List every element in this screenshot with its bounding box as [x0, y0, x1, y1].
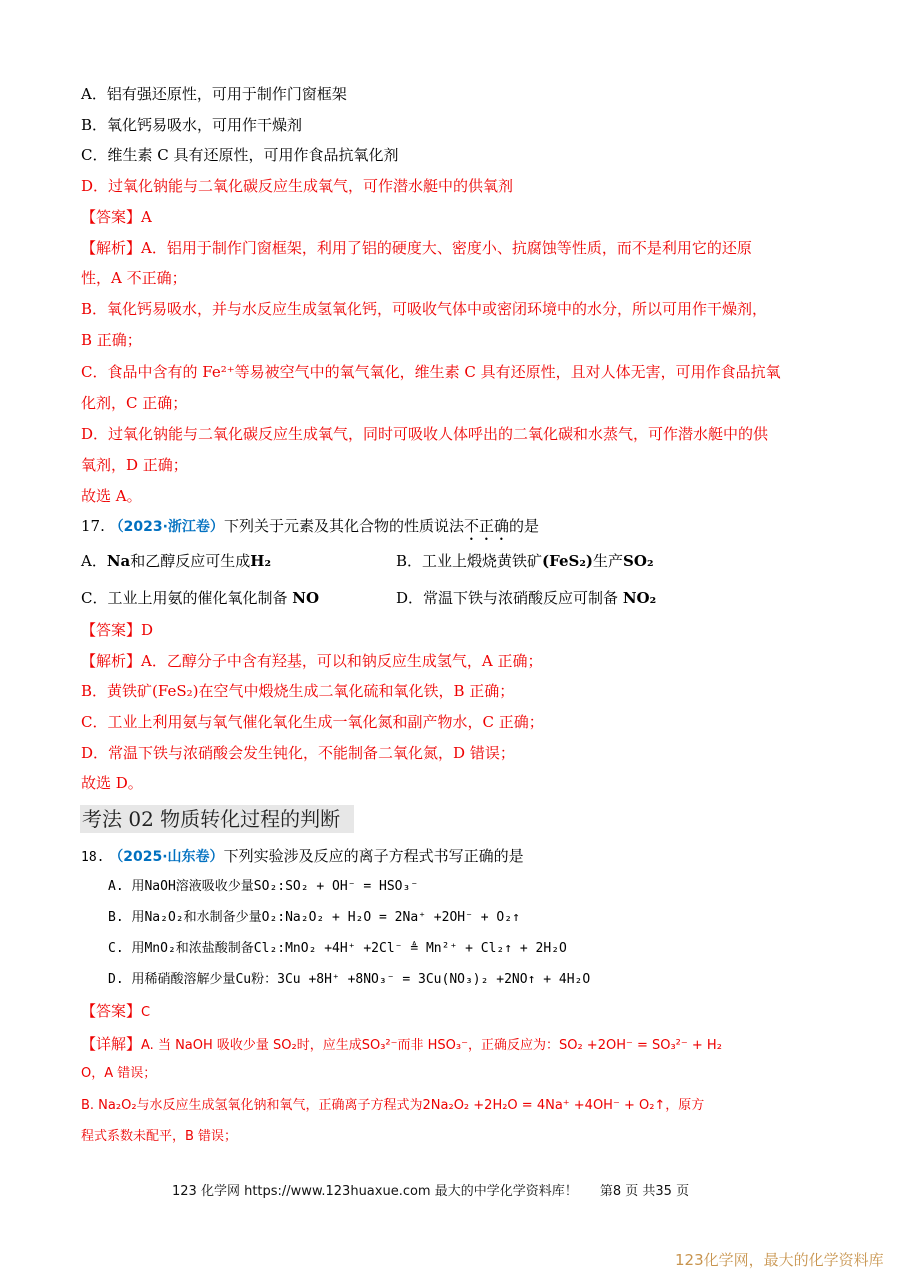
- q16-analysis-line-6: 化剂，C 正确；: [81, 393, 187, 413]
- q18-option-d: D. 用稀硝酸溶解少量Cu粉：3Cu +8H⁺ +8NO₃⁻ = 3Cu(NO₃…: [108, 970, 590, 990]
- q16-analysis-line-3: B．氧化钙易吸水，并与水反应生成氢氧化钙，可吸收气体中或密闭环境中的水分，所以可…: [81, 299, 767, 319]
- q16-analysis-line-4: B 正确；: [81, 330, 142, 350]
- q17-answer: 【答案】D: [81, 620, 153, 640]
- analysis-label: 【解析】: [81, 239, 141, 257]
- analysis-text: A．乙醇分子中含有羟基，可以和钠反应生成氢气，A 正确；: [141, 652, 542, 670]
- q16-option-a: A．铝有强还原性，可用于制作门窗框架: [81, 84, 347, 104]
- q16-analysis-line-9: 故选 A。: [81, 486, 142, 506]
- q17-analysis-line-2: B．黄铁矿(FeS₂)在空气中煅烧生成二氧化硫和氧化铁，B 正确；: [81, 681, 514, 701]
- q16-analysis-line-1: 【解析】A．铝用于制作门窗框架，利用了铝的硬度大、密度小、抗腐蚀等性质，而不是利…: [81, 238, 752, 258]
- option-prefix: A．: [81, 552, 107, 570]
- answer-value: C: [141, 1005, 150, 1020]
- q18-detail-line-2: O，A 错误；: [81, 1064, 156, 1084]
- q16-analysis-line-7: D．过氧化钠能与二氧化碳反应生成氧气，同时可吸收人体呼出的二氧化碳和水蒸气，可作…: [81, 424, 768, 444]
- detail-label: 【详解】: [81, 1035, 141, 1053]
- page-footer: 123 化学网 https://www.123huaxue.com 最大的中学化…: [172, 1180, 689, 1199]
- q17-analysis-line-3: C．工业上利用氨与氧气催化氧化生成一氧化氮和副产物水，C 正确；: [81, 712, 544, 732]
- answer-value: A: [141, 208, 152, 226]
- footer-site-text: 123 化学网 https://www.123huaxue.com 最大的中学化…: [172, 1184, 578, 1199]
- stem-text: 下列实验涉及反应的离子方程式书写正确的是: [224, 847, 524, 865]
- analysis-text: A．铝用于制作门窗框架，利用了铝的硬度大、密度小、抗腐蚀等性质，而不是利用它的还…: [141, 239, 752, 257]
- question-source: （2023·浙江卷）: [110, 519, 224, 535]
- q18-detail-line-4: 程式系数未配平，B 错误；: [81, 1127, 237, 1147]
- option-text: 工业上煅烧黄铁矿: [422, 552, 542, 570]
- formula-no2: NO₂: [623, 589, 656, 607]
- detail-text: A. 当 NaOH 吸收少量 SO₂时，应生成SO₃²⁻而非 HSO₃⁻，正确反…: [141, 1038, 722, 1053]
- q17-option-a: A．Na和乙醇反应可生成H₂: [81, 551, 271, 571]
- q16-analysis-line-5: C．食品中含有的 Fe²⁺等易被空气中的氧气氧化，维生素 C 具有还原性，且对人…: [81, 362, 781, 382]
- stem-text-end: 的是: [509, 517, 539, 535]
- q18-stem: 18. （2025·山东卷）下列实验涉及反应的离子方程式书写正确的是: [81, 846, 524, 868]
- q17-option-b: B．工业上煅烧黄铁矿(FeS₂)生产SO₂: [396, 551, 654, 571]
- q17-option-c: C．工业上用氨的催化氧化制备 NO: [81, 588, 319, 608]
- page-number: 第8 页 共35 页: [600, 1184, 689, 1199]
- q18-option-a: A. 用NaOH溶液吸收少量SO₂:SO₂ + OH⁻ = HSO₃⁻: [108, 877, 418, 897]
- q18-detail-line-3: B. Na₂O₂与水反应生成氢氧化钠和氧气，正确离子方程式为2Na₂O₂ +2H…: [81, 1096, 704, 1116]
- option-text: 和乙醇反应可生成: [130, 552, 250, 570]
- q17-option-d: D．常温下铁与浓硝酸反应可制备 NO₂: [396, 588, 656, 608]
- q18-option-c: C. 用MnO₂和浓盐酸制备Cl₂:MnO₂ +4H⁺ +2Cl⁻ ≜ Mn²⁺…: [108, 939, 567, 959]
- formula-h2: H₂: [250, 552, 271, 570]
- q17-analysis-line-1: 【解析】A．乙醇分子中含有羟基，可以和钠反应生成氢气，A 正确；: [81, 651, 542, 671]
- option-prefix: D．: [396, 589, 423, 607]
- formula-na: Na: [107, 552, 130, 570]
- option-prefix: C．: [81, 589, 107, 607]
- question-number: 18.: [81, 850, 104, 865]
- q17-analysis-line-4: D．常温下铁与浓硝酸会发生钝化，不能制备二氧化氮，D 错误；: [81, 743, 515, 763]
- q17-stem: 17. （2023·浙江卷）下列关于元素及其化合物的性质说法不正确的是: [81, 516, 539, 544]
- q16-option-b: B．氧化钙易吸水，可用作干燥剂: [81, 115, 302, 135]
- answer-label: 【答案】: [81, 621, 141, 639]
- answer-label: 【答案】: [81, 1002, 141, 1020]
- stem-emphasis: 不正确: [464, 517, 509, 535]
- q17-analysis-line-5: 故选 D。: [81, 773, 143, 793]
- stem-text: 下列关于元素及其化合物的性质说法: [224, 517, 464, 535]
- option-text: 工业上用氨的催化氧化制备: [107, 589, 292, 607]
- q16-answer: 【答案】A: [81, 207, 152, 227]
- option-text-2: 生产: [593, 552, 623, 570]
- q18-option-b: B. 用Na₂O₂和水制备少量O₂:Na₂O₂ + H₂O = 2Na⁺ +2O…: [108, 908, 520, 928]
- watermark: 123化学网，最大的化学资料库: [675, 1249, 884, 1270]
- q16-analysis-line-2: 性，A 不正确；: [81, 268, 187, 288]
- question-number: 17.: [81, 517, 105, 535]
- formula-so2: SO₂: [623, 552, 653, 570]
- q18-detail-line-1: 【详解】A. 当 NaOH 吸收少量 SO₂时，应生成SO₃²⁻而非 HSO₃⁻…: [81, 1034, 722, 1056]
- formula-fes2: (FeS₂): [542, 552, 593, 570]
- section-heading: 考法 02 物质转化过程的判断: [80, 805, 354, 833]
- answer-label: 【答案】: [81, 208, 141, 226]
- question-source: （2025·山东卷）: [109, 849, 223, 865]
- analysis-label: 【解析】: [81, 652, 141, 670]
- q16-option-c: C．维生素 C 具有还原性，可用作食品抗氧化剂: [81, 145, 399, 165]
- formula-no: NO: [292, 589, 319, 607]
- option-text: 常温下铁与浓硝酸反应可制备: [423, 589, 623, 607]
- answer-value: D: [141, 621, 153, 639]
- q18-answer: 【答案】C: [81, 1001, 150, 1023]
- q16-option-d: D．过氧化钠能与二氧化碳反应生成氧气，可作潜水艇中的供氧剂: [81, 176, 513, 196]
- q16-analysis-line-8: 氧剂，D 正确；: [81, 455, 188, 475]
- option-prefix: B．: [396, 552, 422, 570]
